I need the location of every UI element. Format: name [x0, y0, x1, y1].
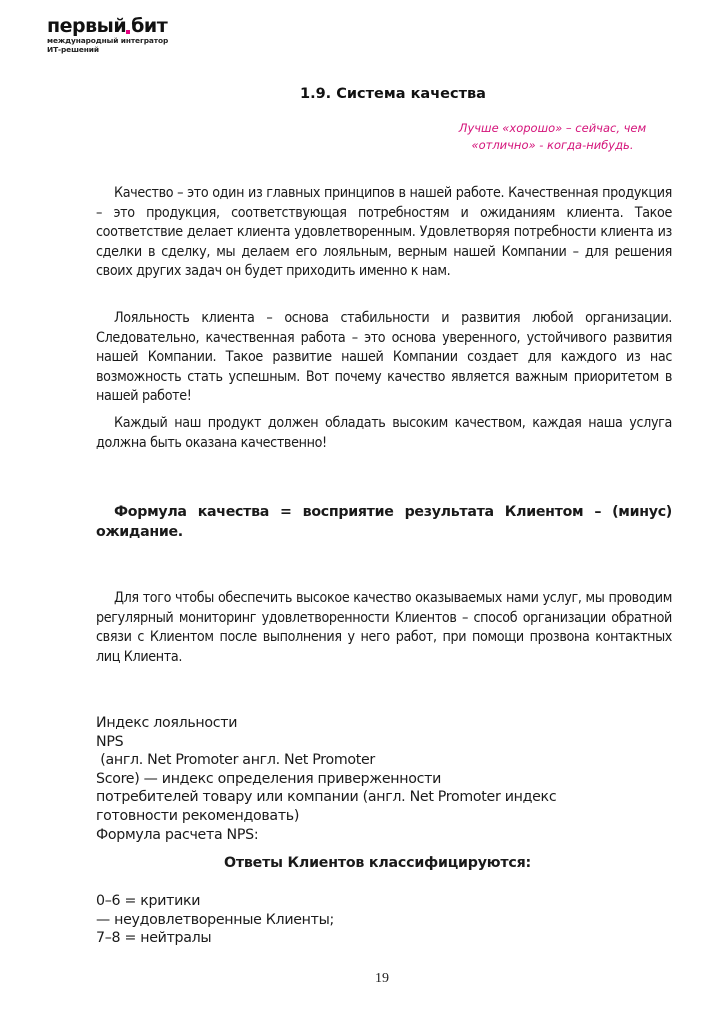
paragraph-monitoring: Для того чтобы обеспечить высокое качест…: [96, 589, 672, 667]
page-number: 19: [375, 971, 389, 987]
logo-dot-icon: [126, 30, 130, 34]
section-title: 1.9. Система качества: [300, 86, 486, 102]
nps-description: Индекс лояльности NPS (англ. Net Promote…: [96, 714, 556, 844]
company-logo: первыйбит международный интегратор ИТ-ре…: [47, 16, 168, 54]
logo-tagline-line1: международный интегратор: [47, 36, 168, 45]
epigraph-line1: Лучше «хорошо» – сейчас, чем: [440, 120, 665, 137]
answer-item: — неудовлетворенные Клиенты;: [96, 911, 334, 930]
quality-formula: Формула качества = восприятие результата…: [96, 503, 672, 542]
nps-line: (англ. Net Promoter англ. Net Promoter: [96, 751, 556, 770]
nps-line: потребителей товару или компании (англ. …: [96, 788, 556, 807]
logo-brand-part2: бит: [131, 15, 167, 37]
nps-line: Формула расчета NPS:: [96, 826, 556, 845]
nps-line: Score) — индекс определения приверженнос…: [96, 770, 556, 789]
paragraph-quality-definition: Качество – это один из главных принципов…: [96, 184, 672, 282]
nps-line: готовности рекомендовать): [96, 807, 556, 826]
epigraph: Лучше «хорошо» – сейчас, чем «отлично» -…: [440, 120, 665, 154]
paragraph-loyalty: Лояльность клиента – основа стабильности…: [96, 309, 672, 407]
answer-item: 7–8 = нейтралы: [96, 929, 334, 948]
logo-wordmark: первыйбит: [47, 16, 168, 36]
answers-heading: Ответы Клиентов классифицируются:: [224, 855, 531, 871]
answer-item: 0–6 = критики: [96, 892, 334, 911]
paragraph-product-quality: Каждый наш продукт должен обладать высок…: [96, 414, 672, 453]
nps-line: NPS: [96, 733, 556, 752]
epigraph-line2: «отлично» - когда-нибудь.: [440, 137, 665, 154]
logo-brand-part1: первый: [47, 15, 126, 37]
logo-tagline-line2: ИТ-решений: [47, 45, 168, 54]
answers-list: 0–6 = критики — неудовлетворенные Клиент…: [96, 892, 334, 948]
nps-line: Индекс лояльности: [96, 714, 556, 733]
